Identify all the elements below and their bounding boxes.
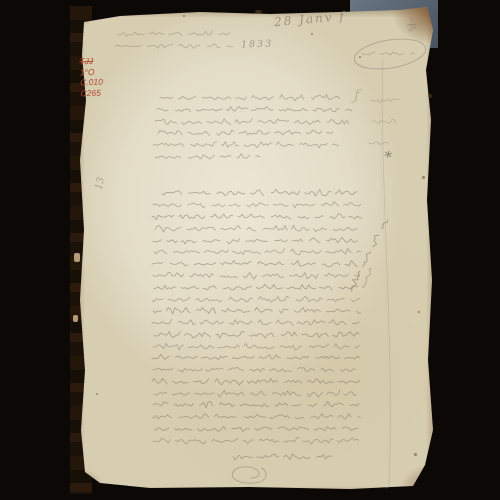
marginal-mark: ƒ [354,86,360,104]
script-line [152,413,360,419]
script-line [153,237,357,244]
script-line [115,44,233,49]
script-line [154,331,359,338]
script-line [153,307,361,313]
script-line [152,214,362,220]
script-line [162,189,357,196]
script-line [371,99,399,103]
foxing-speck [428,94,432,98]
script-line [152,260,358,267]
script-line [118,31,230,36]
stamp-line: C265 [80,87,103,98]
script-line [153,272,359,279]
script-line [153,142,339,148]
script-line [233,454,332,460]
foxing-speck [359,56,361,58]
script-line [155,225,357,232]
foxing-speck [422,176,425,179]
script-line [153,367,356,372]
foxing-speck [418,311,420,313]
rubric-script [362,52,415,55]
archival-stamp: TJJ 1°O C.010 C265 [79,56,103,99]
script-line [157,107,352,112]
script-line [152,319,359,326]
script-line [155,154,260,159]
flourish-paraph [232,467,266,483]
foxing-speck [183,15,185,17]
foxing-speck [311,33,313,35]
script-line [154,426,358,431]
script-line [158,130,333,135]
script-line [153,401,359,408]
stamp-line: 1°O [80,66,103,77]
year-1833: 1833 [241,38,274,50]
script-line [361,264,375,289]
stamp-line: C.010 [80,77,103,88]
foxing-speck [96,393,98,395]
script-line [153,438,359,444]
crease-shadow [382,60,390,488]
photo-background: TJJ 1°O C.010 C265 1833 28 Janv f 1 dª 1… [0,0,500,500]
handwriting-layer [0,0,500,500]
foxing-speck [414,453,417,456]
script-line [160,95,340,101]
edge-stain [255,10,262,13]
margin-notes-script [369,99,399,144]
body-paragraph-script [152,189,362,460]
script-line [369,142,389,144]
script-line [152,355,359,360]
script-line [348,218,389,293]
script-line [152,378,360,385]
script-line [153,202,361,208]
script-line [155,119,349,125]
summary-paragraph-script [153,95,352,159]
script-line [154,284,358,290]
script-line [154,248,361,255]
script-line [362,52,415,55]
fraction-bottom: dª [408,24,417,33]
script-line [153,343,359,350]
fraction-note: 1 dª [406,15,419,33]
script-line [154,390,357,397]
script-line [152,296,360,302]
header-script [115,31,233,48]
script-line [372,120,396,124]
margin-number: 13 [94,176,107,190]
